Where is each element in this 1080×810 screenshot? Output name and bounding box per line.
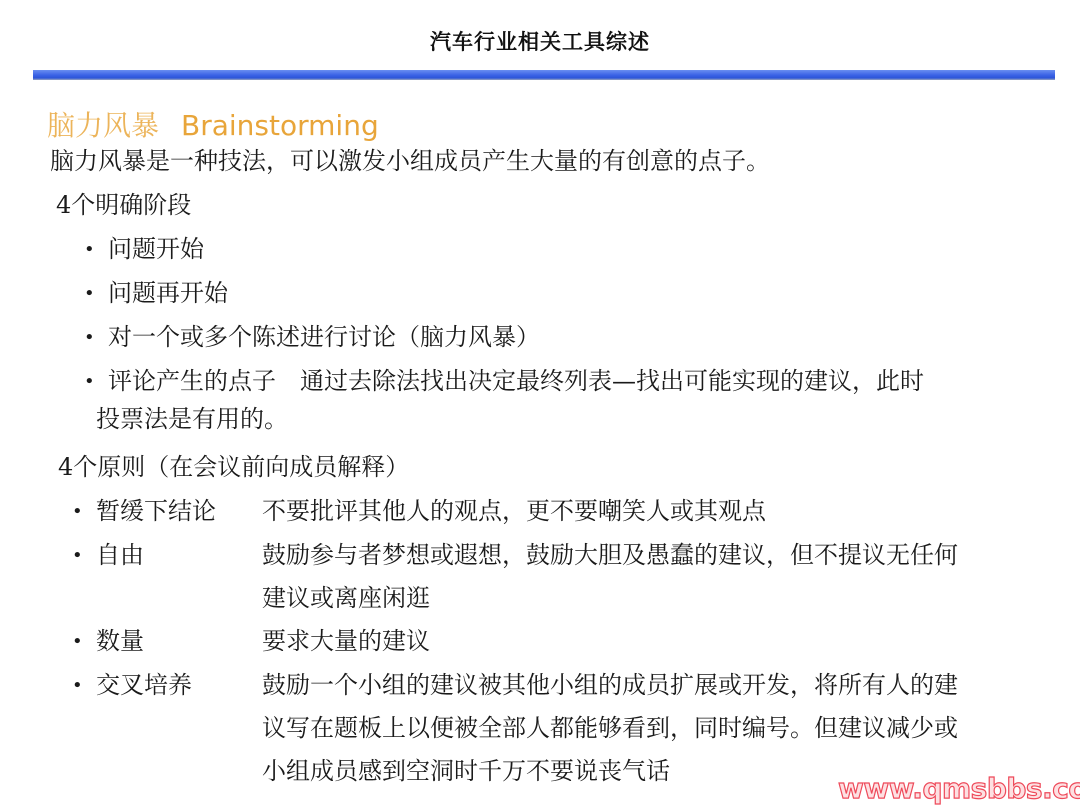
header-divider-bar xyxy=(33,70,1055,80)
slide-heading-cn: 脑力风暴 xyxy=(47,109,159,142)
bullet-icon: • xyxy=(72,671,96,701)
stage-item: •问题开始 xyxy=(84,234,204,265)
bullet-icon: • xyxy=(84,279,108,309)
bullet-icon: • xyxy=(72,497,96,527)
principle-term: 自由 xyxy=(96,540,144,570)
stage-item: •问题再开始 xyxy=(84,278,228,309)
principle-item: •数量 xyxy=(72,626,144,657)
principle-desc: 鼓励参与者梦想或遐想，鼓励大胆及愚蠢的建议，但不提议无任何 xyxy=(262,540,958,570)
bullet-icon: • xyxy=(84,323,108,353)
stage-item: •对一个或多个陈述进行讨论（脑力风暴） xyxy=(84,322,540,353)
principle-item: •交叉培养 xyxy=(72,670,192,701)
watermark: www.qmsbbs.com xyxy=(838,772,1080,805)
stages-title: 4个明确阶段 xyxy=(56,190,191,220)
slide-heading: 脑力风暴Brainstorming xyxy=(47,104,379,144)
principles-title: 4个原则（在会议前向成员解释） xyxy=(58,452,409,482)
principle-desc: 要求大量的建议 xyxy=(262,626,430,656)
stage-item-text: 对一个或多个陈述进行讨论（脑力风暴） xyxy=(108,323,540,351)
bullet-icon: • xyxy=(84,367,108,397)
bullet-icon: • xyxy=(72,541,96,571)
slide-heading-en: Brainstorming xyxy=(181,109,379,142)
stage-item-continuation: 投票法是有用的。 xyxy=(96,404,288,434)
stage-item-text: 评论产生的点子 通过去除法找出决定最终列表—找出可能实现的建议，此时 xyxy=(108,367,924,395)
bullet-icon: • xyxy=(72,627,96,657)
stage-item: •评论产生的点子 通过去除法找出决定最终列表—找出可能实现的建议，此时 xyxy=(84,366,924,397)
stage-item-text: 问题开始 xyxy=(108,235,204,263)
intro-text: 脑力风暴是一种技法，可以激发小组成员产生大量的有创意的点子。 xyxy=(50,146,770,176)
principle-desc: 议写在题板上以便被全部人都能够看到，同时编号。但建议减少或 xyxy=(262,713,958,743)
stage-item-text: 问题再开始 xyxy=(108,279,228,307)
principle-item: •自由 xyxy=(72,540,144,571)
page-title: 汽车行业相关工具综述 xyxy=(0,26,1080,56)
principle-desc: 不要批评其他人的观点，更不要嘲笑人或其观点 xyxy=(262,496,766,526)
principle-desc: 小组成员感到空洞时千万不要说丧气话 xyxy=(262,756,670,786)
principle-desc: 鼓励一个小组的建议被其他小组的成员扩展或开发，将所有人的建 xyxy=(262,670,958,700)
principle-desc: 建议或离座闲逛 xyxy=(262,583,430,613)
principle-term: 数量 xyxy=(96,626,144,656)
bullet-icon: • xyxy=(84,235,108,265)
principle-item: •暂缓下结论 xyxy=(72,496,216,527)
principle-term: 暂缓下结论 xyxy=(96,496,216,526)
principle-term: 交叉培养 xyxy=(96,670,192,700)
